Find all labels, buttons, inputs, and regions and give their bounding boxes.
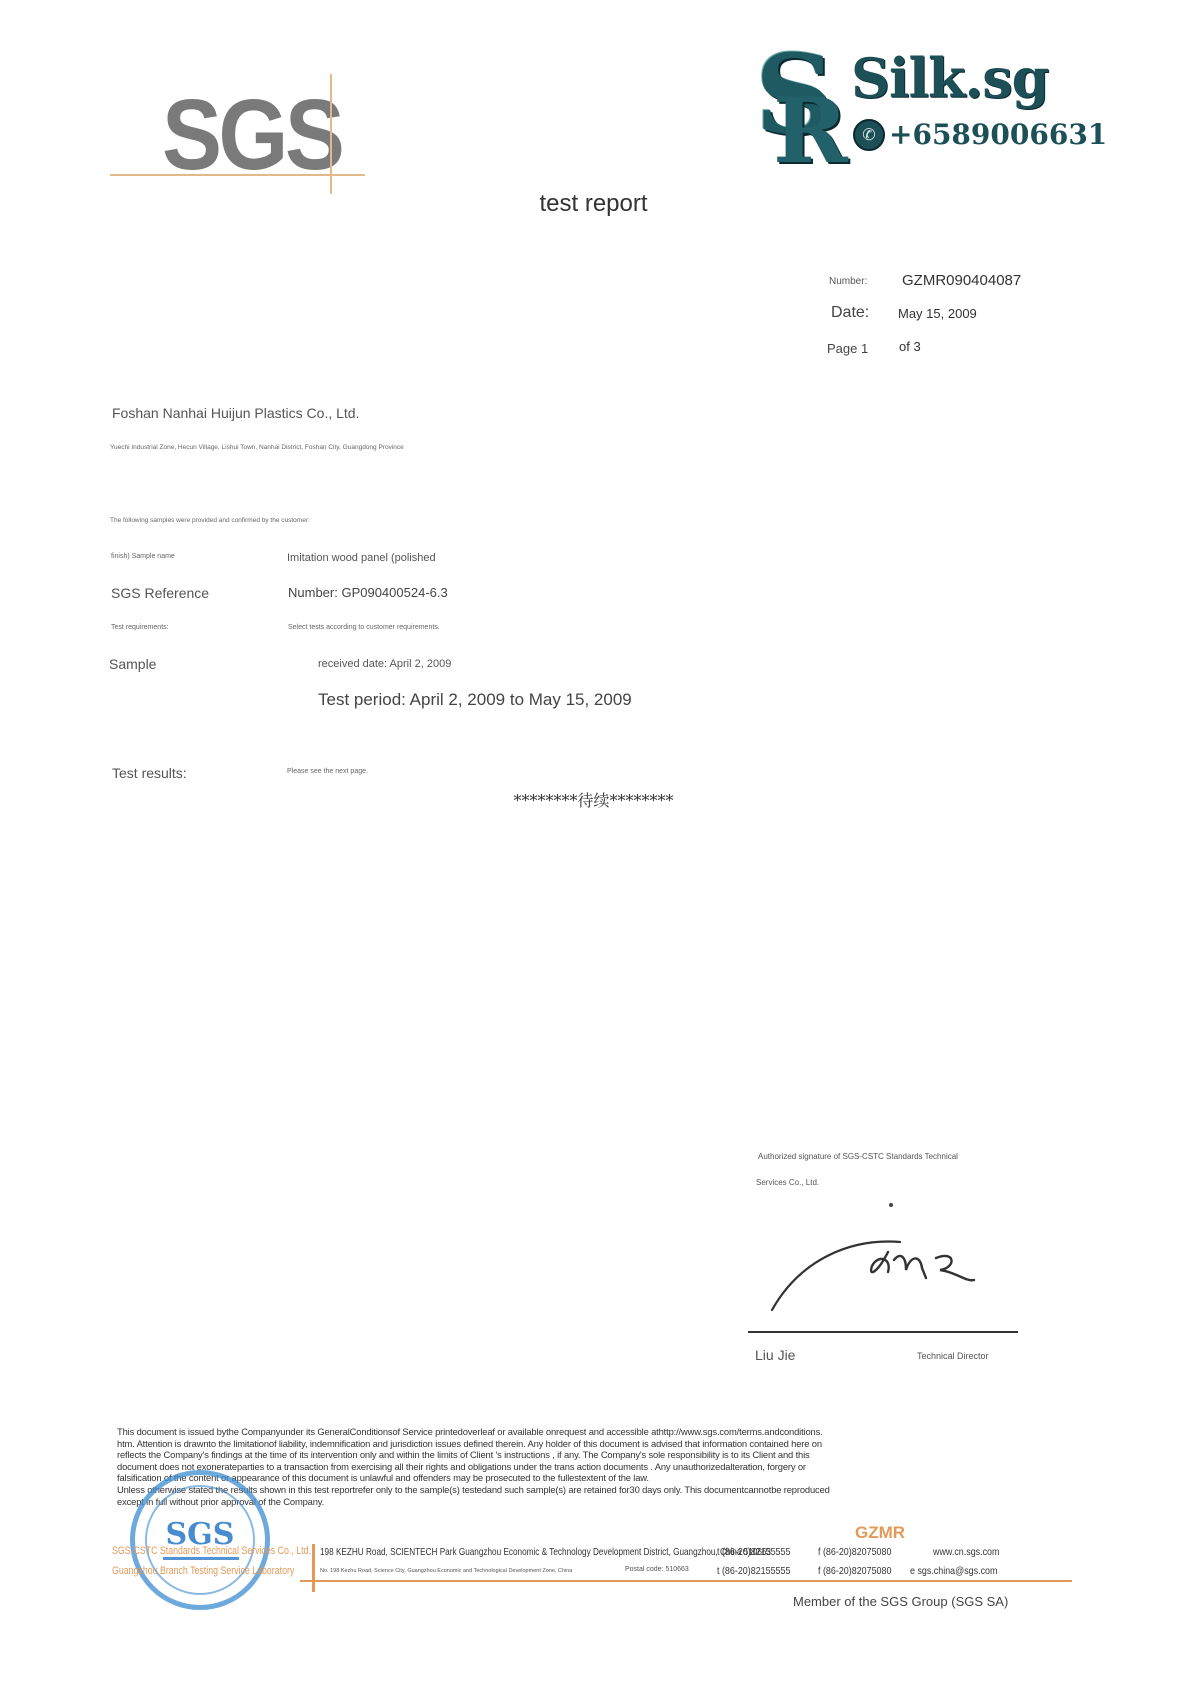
watermark-phone: +6589006631 [889,118,1107,151]
sgs-stamp: SGS [130,1470,270,1610]
footer-company-line1: SGS-CSTC Standards Technical Services Co… [112,1545,311,1557]
disclaimer-line: document does not exonerateparties to a … [117,1461,1017,1473]
customer-company: Foshan Nanhai Huijun Plastics Co., Ltd. [112,405,359,421]
test-results-value: Please see the next page. [287,768,368,775]
test-requirements-label: Test requirements: [111,624,169,631]
footer-company-line2: Guangzhou Branch Testing Service Laborat… [112,1565,294,1577]
watermark-initial-r: R [773,78,848,184]
watermark-brand: Silk.sg [851,46,1048,110]
footer-address: 198 KEZHU Road, SCIENTECH Park Guangzhou… [320,1546,771,1558]
disclaimer-line: falsification of the content or appearan… [117,1472,1017,1484]
test-results-label: Test results: [112,765,187,781]
sgs-reference-label: SGS Reference [111,585,209,601]
customer-address: Yuechi Industrial Zone, Hecun Village, L… [110,444,404,451]
disclaimer-line: htm. Attention is drawnto the limitation… [117,1438,1017,1450]
authorized-signature-line1: Authorized signature of SGS-CSTC Standar… [758,1152,958,1161]
footer-rule-vertical [312,1544,315,1592]
sample-name-value: Imitation wood panel (polished [287,552,436,564]
disclaimer-line: reflects the Company's findings at the t… [117,1449,1017,1461]
authorized-signature-line2: Services Co., Ltd. [756,1178,819,1187]
disclaimer-line: This document is issued bythe Companyund… [117,1426,1017,1438]
footer-postal-code: Postal code: 510663 [625,1566,689,1573]
whatsapp-icon: ✆ [853,119,885,151]
footer-tel-1: t (86-20)82155555 [717,1546,790,1558]
test-period: Test period: April 2, 2009 to May 15, 20… [318,690,632,710]
signature-line [748,1331,1018,1333]
footer-fax-2: f (86-20)82075080 [818,1565,891,1577]
footer-website: www.cn.sgs.com [933,1546,999,1558]
sample-name-label: finish) Sample name [111,553,175,560]
received-date: received date: April 2, 2009 [318,658,451,670]
footer-address-small: No. 198 Kezhu Road, Science City, Guangz… [320,1568,572,1574]
footer-fax-1: f (86-20)82075080 [818,1546,891,1558]
date-value: May 15, 2009 [898,306,977,321]
footer-member: Member of the SGS Group (SGS SA) [793,1594,1008,1609]
number-label: Number: [829,276,867,287]
sgs-logo: SGS [110,72,370,197]
footer-email: e sgs.china@sgs.com [910,1565,997,1577]
continued-marker: ********待续******** [0,788,1187,811]
watermark-phone-row: ✆ +6589006631 [853,118,1107,151]
stamp-rule [163,1557,239,1560]
sample-label: Sample [109,656,156,672]
page-label: Page 1 [827,341,868,356]
signer-title: Technical Director [917,1351,989,1361]
date-label: Date: [831,304,869,322]
footer-tel-2: t (86-20)82155555 [717,1565,790,1577]
footer-rule-horizontal [300,1580,1072,1582]
page-of: of 3 [899,339,921,354]
sgs-reference-value: Number: GP090400524-6.3 [288,585,448,600]
document-title: test report [0,190,1187,218]
silk-watermark-logo: S R Silk.sg ✆ +6589006631 [755,40,1055,170]
test-requirements-value: Select tests according to customer requi… [288,624,440,631]
number-value: GZMR090404087 [902,272,1021,289]
signer-name: Liu Jie [755,1347,795,1363]
handwritten-signature [760,1200,1000,1320]
logo-rule-horizontal [110,174,365,176]
samples-intro: The following samples were provided and … [110,517,310,524]
footer-gzmr: GZMR [855,1523,905,1543]
logo-rule-vertical [330,74,332,194]
